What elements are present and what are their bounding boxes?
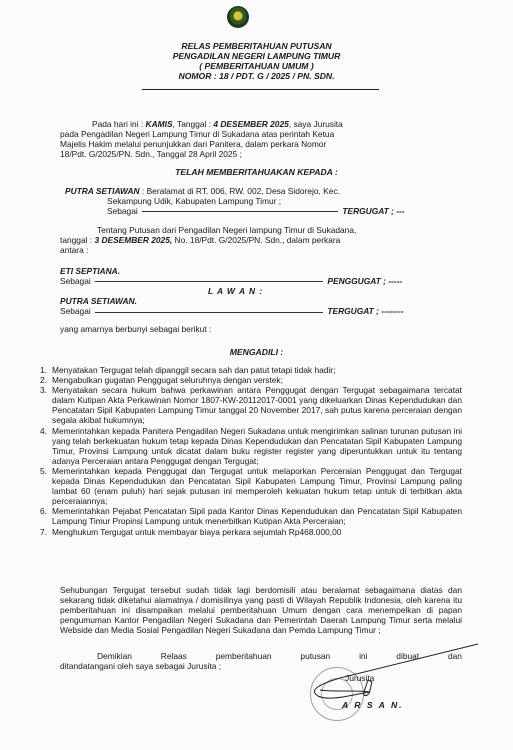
defendant-role: TERGUGAT ; --------: [327, 306, 403, 316]
title-divider: [142, 89, 379, 90]
notified-heading: TELAH MEMBERITAHUAKAN KEPADA :: [0, 167, 513, 177]
role-label: Sebagai: [60, 276, 91, 286]
recipient-address: Sekampung Udik, Kabupaten Lampung Timur …: [65, 196, 465, 206]
plaintiff-role: PENGGUGAT ; -----: [327, 276, 402, 286]
decision-date: 3 DESEMBER 2025,: [94, 235, 172, 245]
verdict-item: 7.Menghukum Tergugat untuk membayar biay…: [40, 527, 462, 537]
verdict-list: 1.Menyatakan Tergugat telah dipanggil se…: [40, 365, 462, 537]
reference-line: Tentang Putusan dari Pengadilan Negeri l…: [60, 225, 462, 235]
item-number: 3.: [40, 385, 47, 395]
title-line-1: RELAS PEMBERITAHUAN PUTUSAN: [0, 41, 513, 51]
dash-leader: [142, 211, 338, 212]
recipient-role: TERGUGAT ; ---: [342, 206, 404, 216]
recipient-address: : Beralamat di RT. 006, RW. 002, Desa Si…: [140, 186, 340, 196]
verdict-item: 2.Mengabulkan gugatan Penggugat seluruhn…: [40, 375, 462, 385]
recipient-name: PUTRA SETIAWAN: [65, 186, 140, 196]
item-text: Menyatakan Tergugat telah dipanggil seca…: [52, 365, 335, 375]
item-text: Menyatakan secara hukum bahwa perkawinan…: [52, 385, 462, 425]
intro-paragraph: Pada hari ini : KAMIS, Tanggal : 4 DESEM…: [60, 119, 462, 159]
title-line-2: PENGADILAN NEGERI LAMPUNG TIMUR: [0, 51, 513, 61]
closing-word: pemberitahuan: [216, 651, 272, 661]
verdict-item: 6.Memerintahkan Pejabat Pencatatan Sipil…: [40, 506, 462, 526]
item-number: 1.: [40, 365, 47, 375]
item-text: Memerintahkan kepada Panitera Pengadilan…: [52, 426, 462, 466]
document-title: RELAS PEMBERITAHUAN PUTUSAN PENGADILAN N…: [0, 41, 513, 81]
title-line-3: ( PEMBERITAHUAN UMUM ): [0, 61, 513, 71]
item-number: 2.: [40, 375, 47, 385]
reference-line: antara :: [60, 245, 462, 255]
item-number: 6.: [40, 506, 47, 516]
verdict-item: 1.Menyatakan Tergugat telah dipanggil se…: [40, 365, 462, 375]
notice-date: 4 DESEMBER 2025: [213, 119, 288, 129]
item-text: Memerintahkan kepada Penggugat dan Tergu…: [52, 466, 462, 506]
verdict-heading: MENGADILI :: [0, 347, 513, 357]
plaintiff-name: ETI SEPTIANA.: [60, 266, 120, 276]
item-text: Menghukum Tergugat untuk membayar biaya …: [52, 527, 341, 537]
dash-leader: [95, 281, 323, 282]
reference-text: tanggal :: [60, 235, 94, 245]
role-label: Sebagai: [107, 206, 138, 216]
case-number: NOMOR : 18 / PDT. G / 2025 / PN. SDN.: [0, 71, 513, 81]
decision-reference: Tentang Putusan dari Pengadilan Negeri l…: [60, 225, 462, 255]
court-emblem-icon: [227, 6, 249, 28]
closing-word: Relaas: [161, 651, 187, 661]
dash-leader: [95, 312, 323, 313]
recipient-block: PUTRA SETIAWAN : Beralamat di RT. 006, R…: [65, 186, 465, 216]
defendant-name: PUTRA SETIAWAN.: [60, 296, 137, 306]
closing-word: Demikian: [97, 651, 132, 661]
role-label: Sebagai: [60, 306, 91, 316]
public-notice-paragraph: Sehubungan Tergugat tersebut sudah tidak…: [60, 585, 462, 635]
item-number: 4.: [40, 426, 47, 436]
verdict-item: 3.Menyatakan secara hukum bahwa perkawin…: [40, 385, 462, 425]
intro-text: , Tanggal :: [173, 119, 214, 129]
intro-line: Majelis Hakim melalui penunjukkan dari P…: [60, 139, 462, 149]
versus-label: L A W A N :: [60, 286, 462, 296]
item-number: 7.: [40, 527, 47, 537]
signatory-name: A R S A N.: [342, 700, 404, 710]
court-notice-document: RELAS PEMBERITAHUAN PUTUSAN PENGADILAN N…: [0, 0, 513, 750]
reference-text: No. 18/Pdt. G/2025/PN. Sdn., dalam perka…: [172, 235, 340, 245]
intro-text: Pada hari ini :: [92, 119, 146, 129]
intro-line: pada Pengadilan Negeri Lampung Timur di …: [60, 129, 462, 139]
parties-block: ETI SEPTIANA. Sebagai PENGGUGAT ; ----- …: [60, 266, 462, 316]
intro-line: 18/Pdt. G/2025/PN. Sdn., Tanggal 28 Apri…: [60, 149, 462, 159]
intro-text: , saya Jurusita: [289, 119, 343, 129]
verdict-intro: yang amarnya berbunyi sebagai berikut :: [60, 324, 211, 334]
notice-day: KAMIS: [146, 119, 173, 129]
item-number: 5.: [40, 466, 47, 476]
verdict-item: 5.Memerintahkan kepada Penggugat dan Ter…: [40, 466, 462, 506]
item-text: Mengabulkan gugatan Penggugat seluruhnya…: [52, 375, 283, 385]
item-text: Memerintahkan Pejabat Pencatatan Sipil p…: [52, 506, 462, 526]
verdict-item: 4.Memerintahkan kepada Panitera Pengadil…: [40, 426, 462, 466]
